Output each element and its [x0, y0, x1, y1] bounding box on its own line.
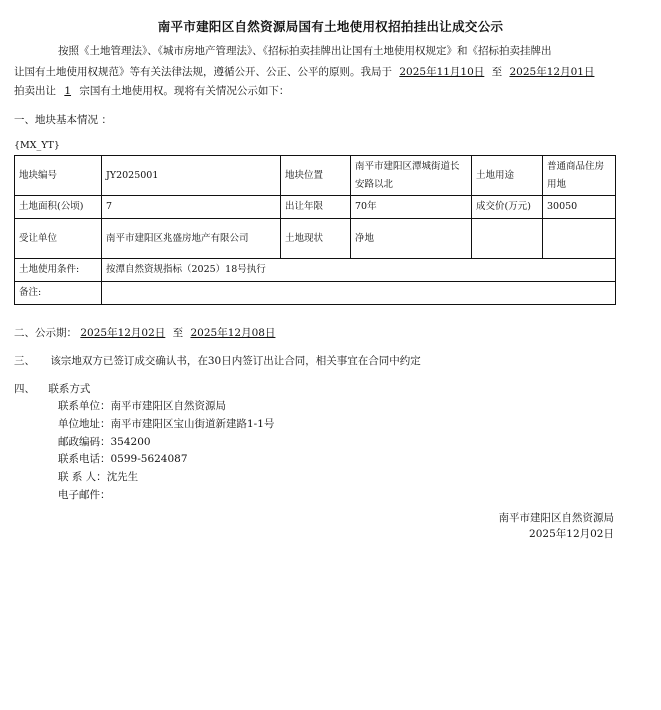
- section-2-label: 二、公示期：: [14, 327, 77, 339]
- table-cell: 土地用途: [472, 156, 543, 196]
- template-placeholder: {MX_YT}: [14, 140, 60, 151]
- contact-value: 沈先生: [107, 471, 139, 483]
- table-cell: [102, 282, 616, 305]
- contact-label: 单位地址：: [58, 418, 111, 430]
- publicity-end-date: 2025年12月08日: [190, 327, 275, 339]
- table-cell: 备注:: [15, 282, 102, 305]
- contact-row: 联系单位：南平市建阳区自然资源局: [58, 398, 274, 416]
- table-row: 备注:: [15, 282, 616, 305]
- intro-line-1: 按照《土地管理法》、《城市房地产管理法》、《招标拍卖挂牌出让国有土地使用权规定》…: [58, 42, 552, 61]
- section-4-title: 联系方式: [48, 383, 90, 395]
- table-cell: 成交价(万元): [472, 196, 543, 219]
- parcel-count: 1: [64, 85, 71, 97]
- table-cell: 7: [102, 196, 281, 219]
- table-cell: [472, 219, 543, 259]
- contact-value: 0599-5624087: [111, 453, 188, 465]
- table-cell: 土地现状: [281, 219, 351, 259]
- table-cell: 按潭自然资规指标（2025）18号执行: [102, 259, 616, 282]
- contact-value: 南平市建阳区宝山街道新建路1-1号: [111, 418, 275, 430]
- table-cell: 净地: [351, 219, 472, 259]
- section-3-text: 该宗地双方已签订成交确认书，在30日内签订出让合同，相关事宜在合同中约定: [50, 355, 420, 367]
- table-cell: 土地面积(公顷): [15, 196, 102, 219]
- intro-line-3-prefix: 拍卖出让: [14, 85, 56, 97]
- table-row: 土地面积(公顷) 7 出让年限 70年 成交价(万元) 30050: [15, 196, 616, 219]
- table-row: 受让单位 南平市建阳区兆盛房地产有限公司 土地现状 净地: [15, 219, 616, 259]
- table-cell: 70年: [351, 196, 472, 219]
- table-cell: 地块位置: [281, 156, 351, 196]
- intro-line-2: 让国有土地使用权规范》等有关法律法规，遵循公开、公正、公平的原则。我局于 202…: [14, 63, 594, 82]
- contact-label: 联 系 人：: [58, 471, 107, 483]
- contact-row: 联 系 人：沈先生: [58, 469, 274, 487]
- table-cell: 土地使用条件:: [15, 259, 102, 282]
- contact-value: 南平市建阳区自然资源局: [111, 400, 227, 412]
- table-cell: 地块编号: [15, 156, 102, 196]
- signature-date: 2025年12月02日: [529, 526, 614, 541]
- contact-row: 联系电话：0599-5624087: [58, 451, 274, 469]
- bid-start-date: 2025年11月10日: [399, 66, 484, 78]
- intro-to: 至: [492, 66, 503, 78]
- table-cell: 30050: [543, 196, 616, 219]
- section-4-number: 四、: [14, 383, 35, 395]
- table-cell: [543, 219, 616, 259]
- section-3: 三、 该宗地双方已签订成交确认书，在30日内签订出让合同，相关事宜在合同中约定: [14, 353, 421, 368]
- table-cell: 出让年限: [281, 196, 351, 219]
- contact-label: 联系电话：: [58, 453, 111, 465]
- table-row: 地块编号 JY2025001 地块位置 南平市建阳区潭城街道长安路以北 土地用途…: [15, 156, 616, 196]
- contact-row: 单位地址：南平市建阳区宝山街道新建路1-1号: [58, 416, 274, 434]
- publicity-start-date: 2025年12月02日: [80, 327, 165, 339]
- table-cell: JY2025001: [102, 156, 281, 196]
- intro-line-2-text: 让国有土地使用权规范》等有关法律法规，遵循公开、公正、公平的原则。我局于: [14, 66, 392, 78]
- contact-label: 邮政编码：: [58, 436, 111, 448]
- intro-line-3: 拍卖出让 1 宗国有土地使用权。现将有关情况公示如下：: [14, 82, 289, 101]
- bid-end-date: 2025年12月01日: [509, 66, 594, 78]
- land-info-table: 地块编号 JY2025001 地块位置 南平市建阳区潭城街道长安路以北 土地用途…: [14, 155, 616, 305]
- section-2-to: 至: [173, 327, 184, 339]
- contact-label: 联系单位：: [58, 400, 111, 412]
- section-3-number: 三、: [14, 355, 35, 367]
- section-2: 二、公示期： 2025年12月02日 至 2025年12月08日: [14, 325, 275, 340]
- contact-value: 354200: [111, 436, 151, 448]
- table-cell: 受让单位: [15, 219, 102, 259]
- table-row: 土地使用条件: 按潭自然资规指标（2025）18号执行: [15, 259, 616, 282]
- table-cell: 南平市建阳区潭城街道长安路以北: [351, 156, 472, 196]
- contact-row: 邮政编码：354200: [58, 434, 274, 452]
- contact-list: 联系单位：南平市建阳区自然资源局 单位地址：南平市建阳区宝山街道新建路1-1号 …: [58, 398, 274, 505]
- intro-line-3-suffix: 宗国有土地使用权。现将有关情况公示如下：: [79, 85, 289, 97]
- table-cell: 普通商品住房用地: [543, 156, 616, 196]
- contact-row: 电子邮件：: [58, 487, 274, 505]
- section-4-heading: 四、 联系方式: [14, 381, 90, 396]
- table-cell: 南平市建阳区兆盛房地产有限公司: [102, 219, 281, 259]
- signature-org: 南平市建阳区自然资源局: [499, 510, 615, 525]
- section-1-heading: 一、地块基本情况 ：: [14, 112, 112, 127]
- contact-label: 电子邮件：: [58, 489, 111, 501]
- document-title: 南平市建阳区自然资源局国有土地使用权招拍挂出让成交公示: [0, 17, 661, 35]
